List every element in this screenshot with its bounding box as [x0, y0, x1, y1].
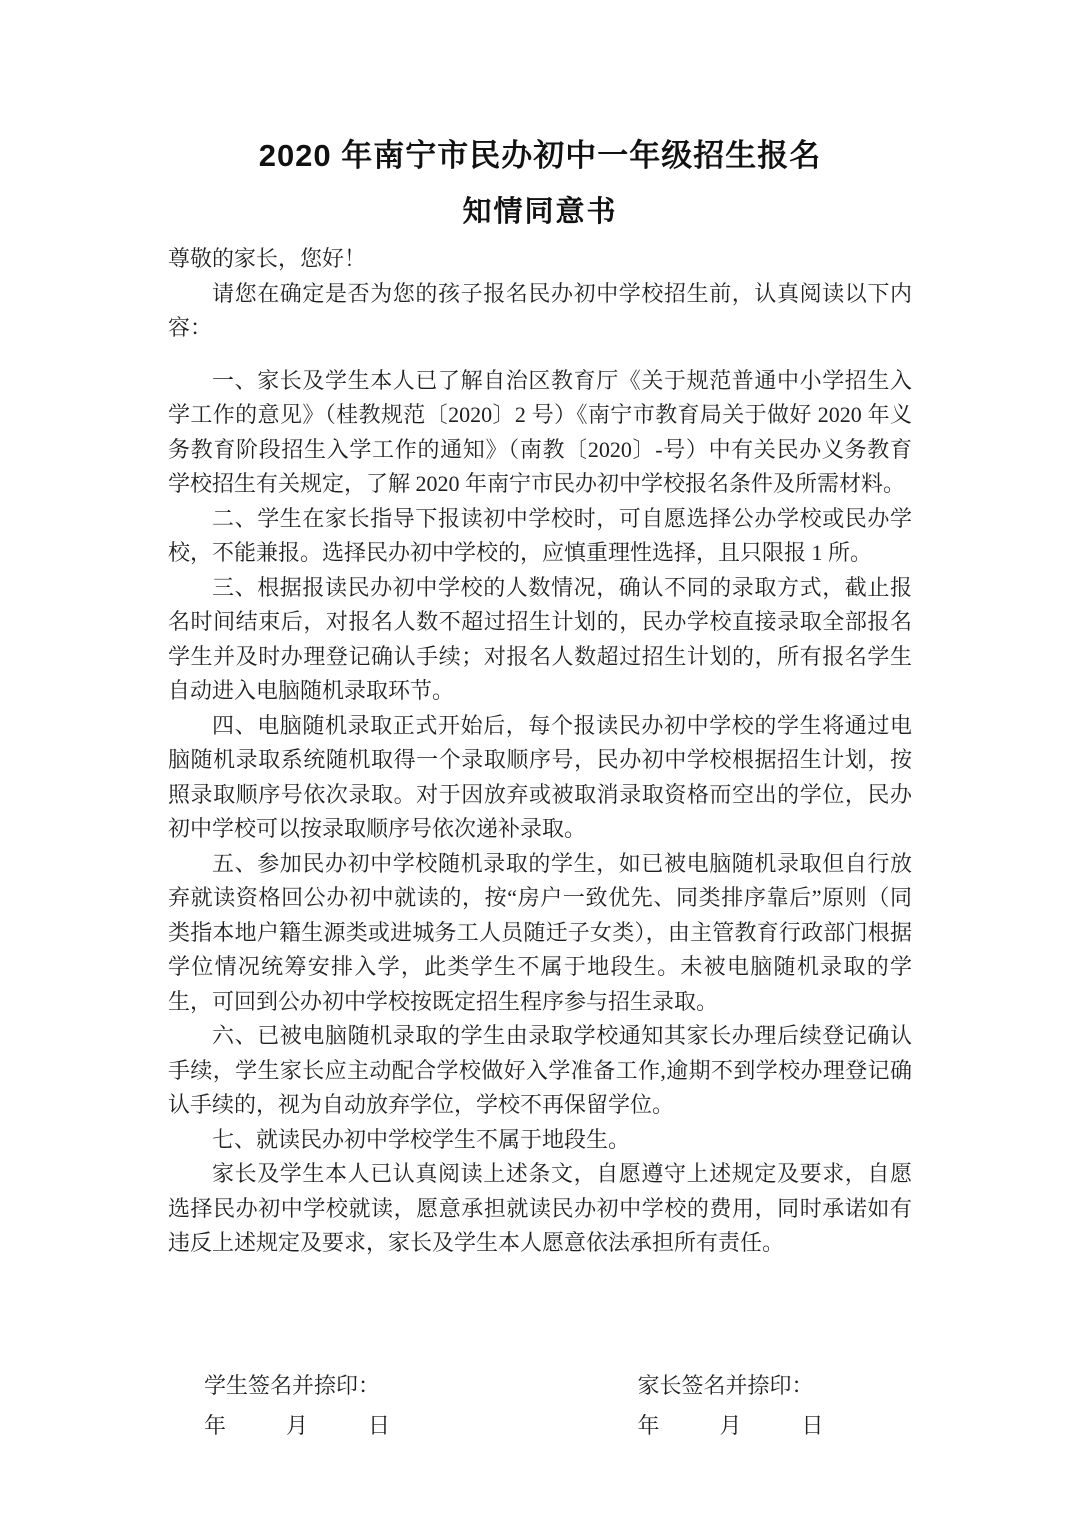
clause-7: 七、就读民办初中学校学生不属于地段生。	[168, 1123, 912, 1158]
parent-date-day: 日	[801, 1409, 823, 1444]
signature-block: 学生签名并捺印： 年 月 日 家长签名并捺印： 年 月 日	[168, 1369, 912, 1444]
document-body: 尊敬的家长，您好！ 请您在确定是否为您的孩子报名民办初中学校招生前，认真阅读以下…	[168, 242, 912, 1261]
student-signature-date: 年 月 日	[204, 1409, 390, 1444]
parent-date-month: 月	[719, 1409, 741, 1444]
parent-signature-area: 家长签名并捺印： 年 月 日	[638, 1369, 913, 1444]
clause-5: 五、参加民办初中学校随机录取的学生，如已被电脑随机录取但自行放弃就读资格回公办初…	[168, 847, 912, 1020]
clause-3: 三、根据报读民办初中学校的人数情况，确认不同的录取方式，截止报名时间结束后，对报…	[168, 571, 912, 709]
clause-6: 六、已被电脑随机录取的学生由录取学校通知其家长办理后续登记确认手续，学生家长应主…	[168, 1019, 912, 1123]
student-date-day: 日	[368, 1409, 390, 1444]
clause-4: 四、电脑随机录取正式开始后，每个报读民办初中学校的学生将通过电脑随机录取系统随机…	[168, 709, 912, 847]
student-signature-label: 学生签名并捺印：	[204, 1369, 479, 1404]
parent-date-year: 年	[638, 1409, 660, 1444]
student-date-year: 年	[204, 1409, 226, 1444]
document-title-line1: 2020 年南宁市民办初中一年级招生报名	[168, 136, 912, 176]
parent-signature-date: 年 月 日	[638, 1409, 824, 1444]
student-signature-area: 学生签名并捺印： 年 月 日	[204, 1369, 479, 1444]
document-content: 2020 年南宁市民办初中一年级招生报名 知情同意书 尊敬的家长，您好！ 请您在…	[168, 0, 912, 1444]
closing-paragraph: 家长及学生本人已认真阅读上述条文，自愿遵守上述规定及要求，自愿选择民办初中学校就…	[168, 1157, 912, 1261]
consent-form-page: 2020 年南宁市民办初中一年级招生报名 知情同意书 尊敬的家长，您好！ 请您在…	[0, 0, 1080, 1527]
salutation: 尊敬的家长，您好！	[168, 242, 912, 277]
clause-2: 二、学生在家长指导下报读初中学校时，可自愿选择公办学校或民办学校，不能兼报。选择…	[168, 502, 912, 571]
clause-1: 一、家长及学生本人已了解自治区教育厅《关于规范普通中小学招生入学工作的意见》（桂…	[168, 364, 912, 502]
parent-signature-label: 家长签名并捺印：	[638, 1369, 913, 1404]
document-title-line2: 知情同意书	[168, 194, 912, 230]
intro-paragraph: 请您在确定是否为您的孩子报名民办初中学校招生前，认真阅读以下内容：	[168, 277, 912, 346]
student-date-month: 月	[286, 1409, 308, 1444]
